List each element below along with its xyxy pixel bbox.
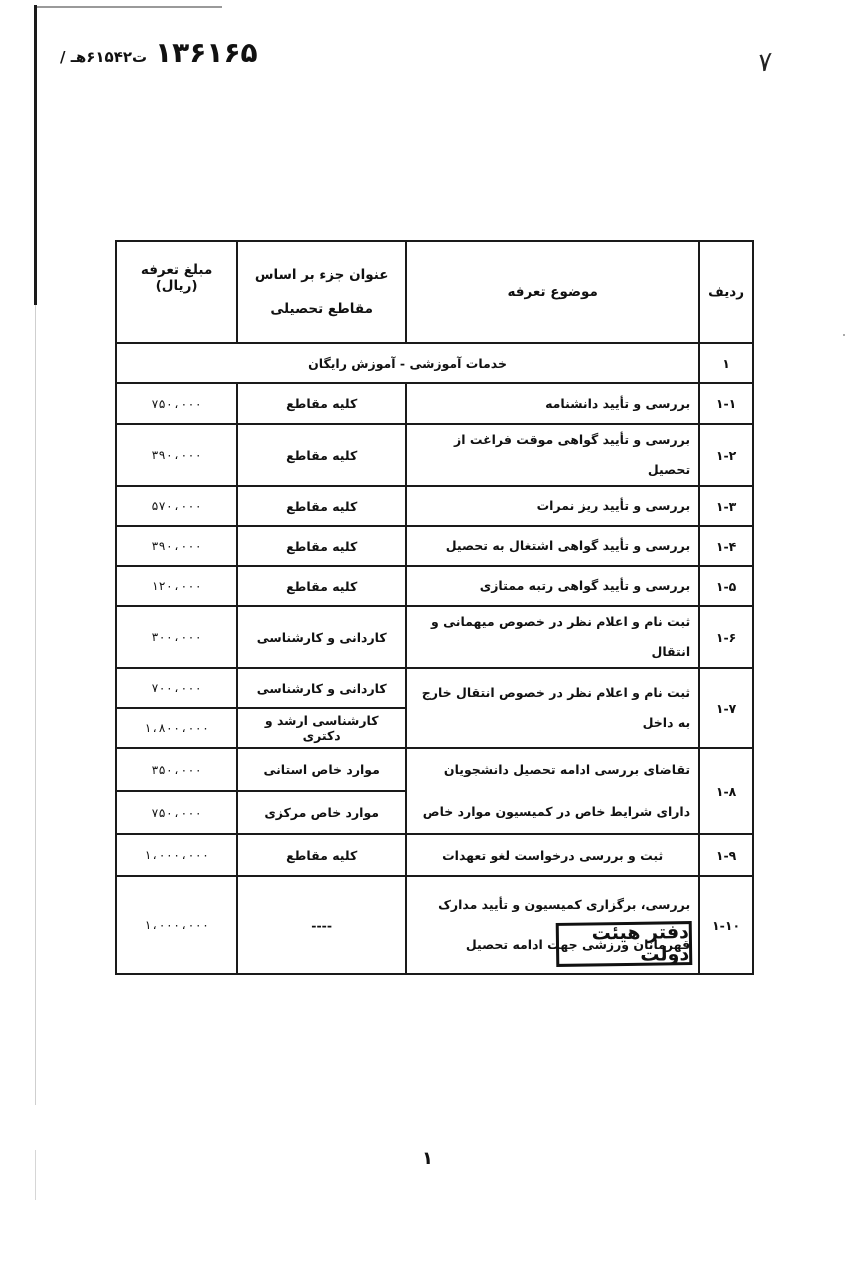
reference-number: ۱۳۶۱۶۵ xyxy=(155,36,258,69)
table-header-row: ردیف موضوع تعرفه عنوان جزء بر اساس مقاطع… xyxy=(116,241,753,343)
row-level: کلیه مقاطع xyxy=(237,526,406,566)
row-number: ۱-۹ xyxy=(699,834,753,876)
table-row: ۱-۱ بررسی و تأیید دانشنامه کلیه مقاطع ۷۵… xyxy=(116,383,753,424)
table-row: ۱-۸ تقاضای بررسی ادامه تحصیل دانشجویان د… xyxy=(116,748,753,791)
row-amount: ۱،۸۰۰،۰۰۰ xyxy=(116,708,237,748)
header-level: عنوان جزء بر اساس مقاطع تحصیلی xyxy=(237,241,406,343)
row-level: ---- xyxy=(237,876,406,974)
row-amount: ۷۵۰،۰۰۰ xyxy=(116,791,237,834)
row-amount: ۳۹۰،۰۰۰ xyxy=(116,424,237,486)
government-office-stamp: دفتر هیئت دولت xyxy=(556,921,693,967)
row-level: کلیه مقاطع xyxy=(237,566,406,606)
row-amount: ۳۹۰،۰۰۰ xyxy=(116,526,237,566)
row-amount: ۳۰۰،۰۰۰ xyxy=(116,606,237,668)
header-amount: مبلغ تعرفه (ریال) xyxy=(116,241,237,343)
row-amount: ۱،۰۰۰،۰۰۰ xyxy=(116,834,237,876)
row-level: کاردانی و کارشناسی xyxy=(237,606,406,668)
row-number: ۱-۲ xyxy=(699,424,753,486)
row-level: کارشناسی ارشد و دکتری xyxy=(237,708,406,748)
section-row: ۱ خدمات آموزشی - آموزش رایگان xyxy=(116,343,753,383)
row-amount: ۳۵۰،۰۰۰ xyxy=(116,748,237,791)
row-level: کلیه مقاطع xyxy=(237,834,406,876)
row-level: موارد خاص مرکزی xyxy=(237,791,406,834)
row-amount: ۱،۰۰۰،۰۰۰ xyxy=(116,876,237,974)
row-level: کلیه مقاطع xyxy=(237,486,406,526)
row-subject: ثبت نام و اعلام نظر در خصوص میهمانی و ان… xyxy=(406,606,699,668)
reference-code: ت۶۱۵۴۲هـ / xyxy=(60,48,147,66)
row-level: کلیه مقاطع xyxy=(237,424,406,486)
row-number: ۱-۴ xyxy=(699,526,753,566)
table-row: ۱-۷ ثبت نام و اعلام نظر در خصوص انتقال خ… xyxy=(116,668,753,708)
document-reference: ۱۳۶۱۶۵ ت۶۱۵۴۲هـ / xyxy=(60,36,258,69)
row-level: کاردانی و کارشناسی xyxy=(237,668,406,708)
table-row: ۱-۴ بررسی و تأیید گواهی اشتغال به تحصیل … xyxy=(116,526,753,566)
scan-edge-left xyxy=(34,5,37,305)
row-number: ۱-۶ xyxy=(699,606,753,668)
scan-edge-left-faint-lower xyxy=(35,1150,36,1200)
header-subject: موضوع تعرفه xyxy=(406,241,699,343)
tariff-table: ردیف موضوع تعرفه عنوان جزء بر اساس مقاطع… xyxy=(115,240,754,975)
table-row: ۱-۶ ثبت نام و اعلام نظر در خصوص میهمانی … xyxy=(116,606,753,668)
row-number: ۱-۸ xyxy=(699,748,753,834)
row-number: ۱-۱۰ xyxy=(699,876,753,974)
corner-handwritten-mark: ۷ xyxy=(754,47,773,79)
row-subject: ثبت نام و اعلام نظر در خصوص انتقال خارج … xyxy=(406,668,699,748)
table-row: ۱-۲ بررسی و تأیید گواهی موقت فراغت از تح… xyxy=(116,424,753,486)
row-subject: تقاضای بررسی ادامه تحصیل دانشجویان دارای… xyxy=(406,748,699,834)
row-amount: ۷۵۰،۰۰۰ xyxy=(116,383,237,424)
table-row: ۱-۹ ثبت و بررسی درخواست لغو تعهدات کلیه … xyxy=(116,834,753,876)
scan-speck xyxy=(843,334,845,336)
header-row-number: ردیف xyxy=(699,241,753,343)
scan-edge-top xyxy=(36,6,222,8)
row-subject: بررسی و تأیید دانشنامه xyxy=(406,383,699,424)
section-title: خدمات آموزشی - آموزش رایگان xyxy=(116,343,699,383)
scan-edge-left-faint xyxy=(35,305,36,1105)
row-number: ۱-۳ xyxy=(699,486,753,526)
row-number: ۱-۷ xyxy=(699,668,753,748)
row-amount: ۵۷۰،۰۰۰ xyxy=(116,486,237,526)
row-subject: بررسی و تأیید گواهی رتبه ممتازی xyxy=(406,566,699,606)
section-number: ۱ xyxy=(699,343,753,383)
table-row: ۱-۳ بررسی و تأیید ریز نمرات کلیه مقاطع ۵… xyxy=(116,486,753,526)
row-subject: بررسی و تأیید گواهی اشتغال به تحصیل xyxy=(406,526,699,566)
row-amount: ۷۰۰،۰۰۰ xyxy=(116,668,237,708)
row-subject: ثبت و بررسی درخواست لغو تعهدات xyxy=(406,834,699,876)
row-number: ۱-۱ xyxy=(699,383,753,424)
row-subject: بررسی و تأیید ریز نمرات xyxy=(406,486,699,526)
row-number: ۱-۵ xyxy=(699,566,753,606)
table-row: ۱-۵ بررسی و تأیید گواهی رتبه ممتازی کلیه… xyxy=(116,566,753,606)
row-level: کلیه مقاطع xyxy=(237,383,406,424)
row-amount: ۱۲۰،۰۰۰ xyxy=(116,566,237,606)
row-subject: بررسی و تأیید گواهی موقت فراغت از تحصیل xyxy=(406,424,699,486)
page-number: ۱ xyxy=(422,1148,433,1169)
row-level: موارد خاص استانی xyxy=(237,748,406,791)
